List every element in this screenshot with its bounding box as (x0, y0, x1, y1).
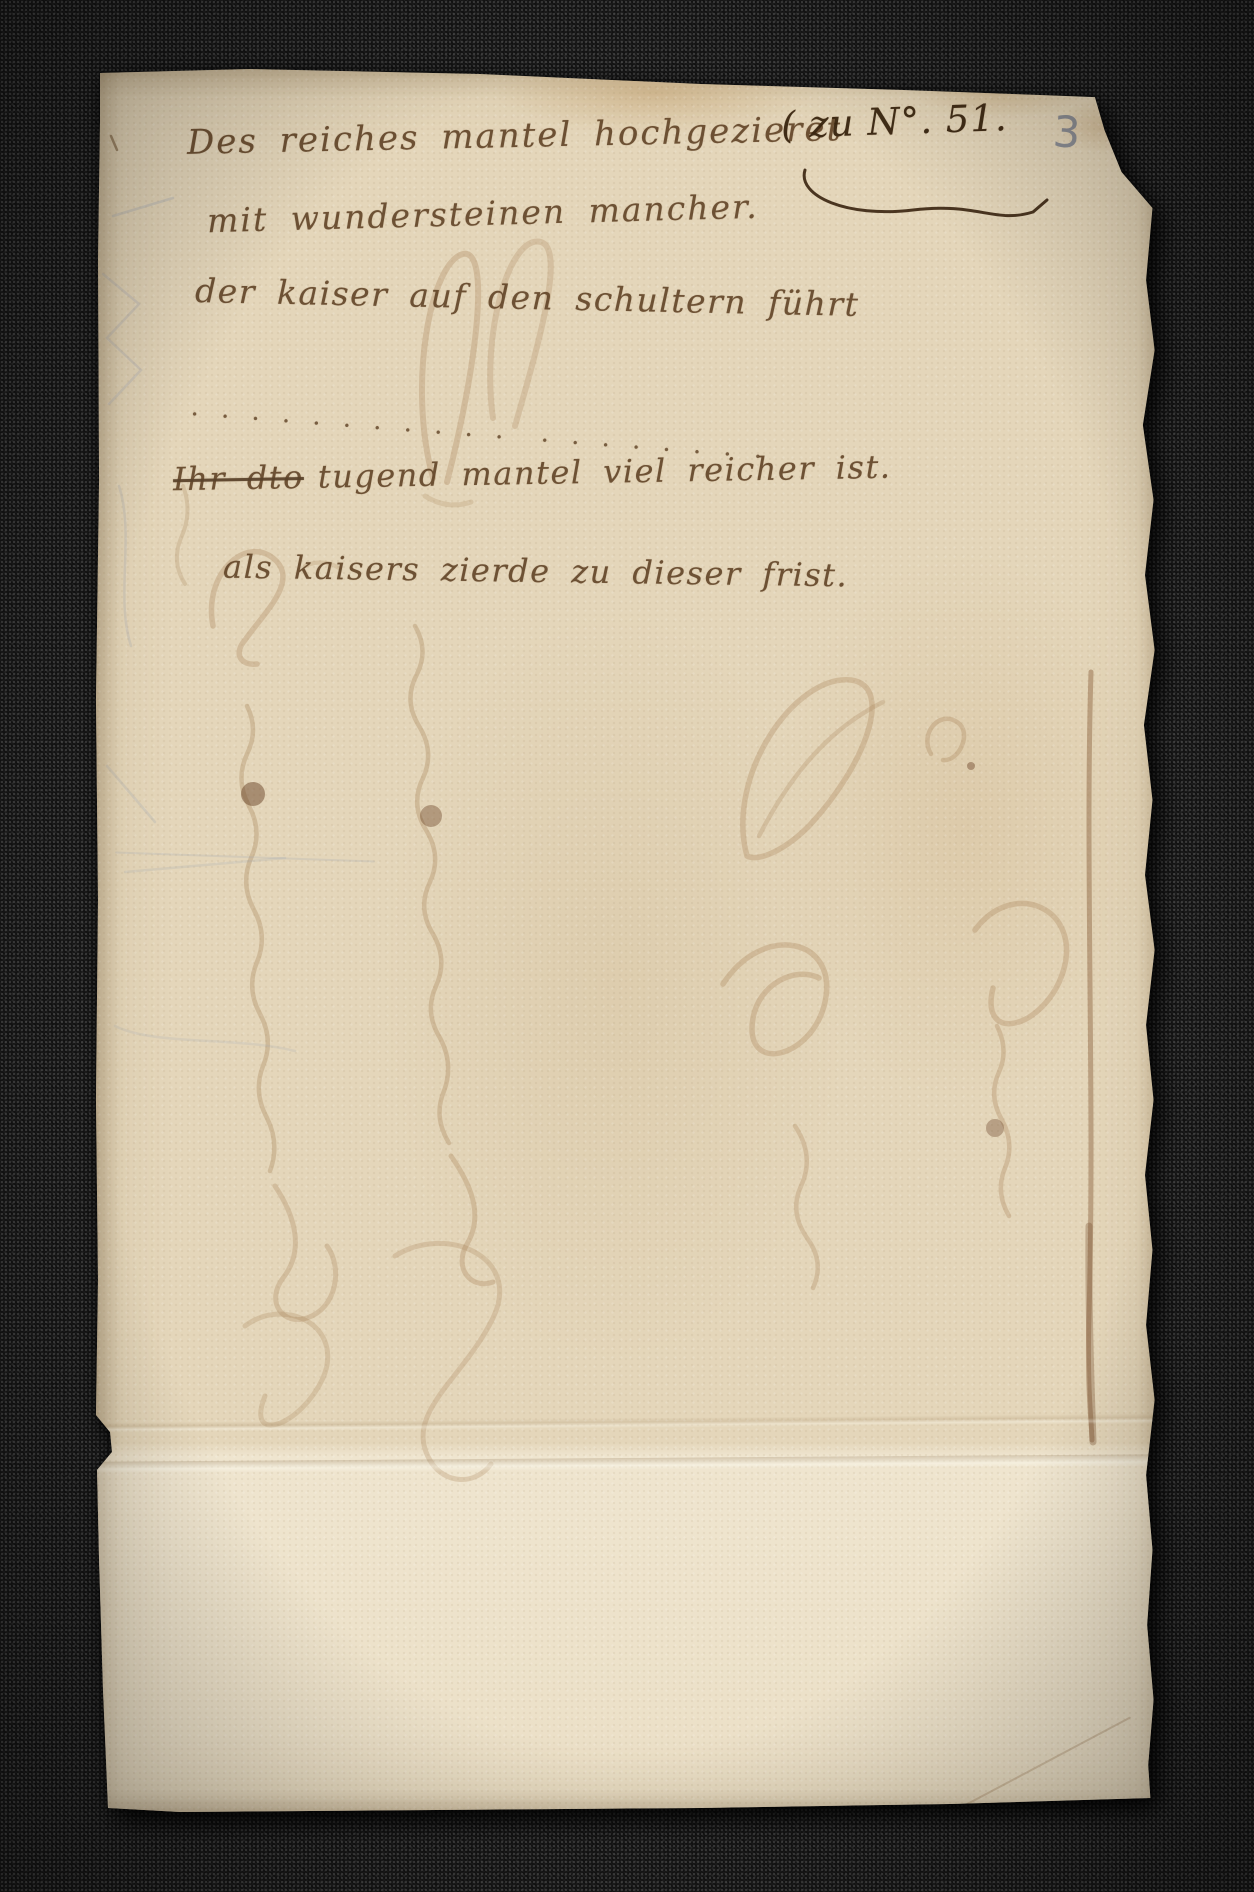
handwritten-line-5: Ihr dtotugend mantel viel reicher ist. (173, 448, 892, 499)
folio-number-pencil: 3 (1051, 107, 1082, 159)
handwritten-line-5-rest: tugend mantel viel reicher ist. (318, 448, 892, 496)
fold-crease-lower (95, 1454, 1161, 1473)
ink-bleedthrough-marks (95, 66, 1161, 1812)
handwritten-line-1: Des reiches mantel hochgezieret (187, 109, 843, 163)
handwritten-line-6: als kaisers zierde zu dieser frist. (223, 548, 849, 595)
manuscript-page: Des reiches mantel hochgezieret mit wund… (95, 66, 1161, 1812)
paper-shadow-wrap: Des reiches mantel hochgezieret mit wund… (95, 66, 1161, 1812)
strikethrough-text: Ihr dto (173, 458, 304, 498)
fold-crease-faint (115, 851, 375, 862)
annotation-flourish-stroke (795, 162, 1065, 232)
handwritten-line-3: der kaiser auf den schultern führt (195, 271, 860, 324)
fold-crease-diagonal (943, 1716, 1131, 1817)
handwritten-line-2: mit wundersteinen mancher. (207, 187, 760, 240)
photographic-backdrop-fabric: Des reiches mantel hochgezieret mit wund… (0, 0, 1254, 1892)
fold-crease-upper (95, 1413, 1161, 1432)
archive-annotation: ( zu N°. 51. (780, 96, 1008, 147)
